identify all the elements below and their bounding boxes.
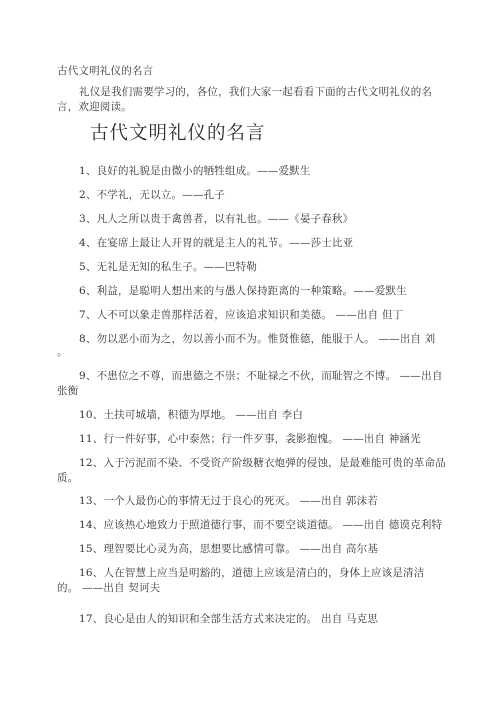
- quote-2: 2、不学礼，无以立。——孔子: [79, 188, 225, 202]
- quote-3: 3、凡人之所以贵于禽兽者，以有礼也。——《晏子春秋》: [79, 212, 353, 226]
- quote-14: 14、应该热心地致力于照道德行事，而不要空谈道德。 ——出自 德谟克利特: [79, 518, 442, 532]
- quote-13: 13、一个人最伤心的事情无过于良心的死灭。 ——出自 郭沫若: [79, 494, 378, 508]
- document-small-title: 古代文明礼仪的名言: [57, 64, 153, 78]
- intro-paragraph-line-1: 礼仪是我们需要学习的，各位，我们大家一起看看下面的古代文明礼仪的名: [79, 85, 432, 99]
- quote-4: 4、在宴席上最让人开胃的就是主人的礼节。——莎士比亚: [79, 236, 353, 250]
- quote-12: 12、入于污泥而不染、不受资产阶级糖衣炮弹的侵蚀，是最难能可贵的革命品: [79, 456, 446, 470]
- quote-9-continuation: 张衡: [57, 384, 78, 398]
- quote-16-continuation: 的。 ——出自 契诃夫: [57, 581, 160, 595]
- quote-15: 15、理智要比心灵为高，思想要比感情可靠。 ——出自 高尔基: [79, 542, 378, 556]
- quote-10: 10、土扶可城墙，积德为厚地。 ——出自 李白: [79, 408, 303, 422]
- quote-8: 8、勿以恶小而为之，勿以善小而不为。惟贤惟德，能服于人。 ——出自 刘: [79, 332, 435, 346]
- quote-16: 16、人在智慧上应当是明豁的，道德上应该是清白的，身体上应该是清洁: [79, 566, 424, 580]
- document-page: 古代文明礼仪的名言 礼仪是我们需要学习的，各位，我们大家一起看看下面的古代文明礼…: [0, 0, 500, 707]
- quote-1: 1、良好的礼貌是由微小的牺牲组成。——爱默生: [79, 164, 311, 178]
- quote-8-continuation: 。: [57, 345, 68, 359]
- intro-paragraph-line-2: 言，欢迎阅读。: [57, 100, 132, 114]
- quote-7: 7、人不可以象走兽那样活着，应该追求知识和美德。 ——出自 但丁: [79, 308, 403, 322]
- quote-17: 17、良心是由人的知识和全部生活方式来决定的。 出自 马克思: [79, 612, 378, 626]
- main-title: 古代文明礼仪的名言: [90, 122, 266, 146]
- quote-12-continuation: 质。: [57, 471, 78, 485]
- quote-9: 9、不患位之不尊，而患德之不崇；不耻禄之不伙，而耻智之不博。 ——出自: [79, 369, 443, 383]
- quote-5: 5、无礼是无知的私生子。——巴特勒: [79, 260, 257, 274]
- quote-11: 11、行一件好事，心中泰然；行一件歹事，衾影抱愧。 ——出自 神涵光: [79, 432, 421, 446]
- quote-6: 6、利益，是聪明人想出来的与愚人保持距离的一种策略。——爱默生: [79, 284, 407, 298]
